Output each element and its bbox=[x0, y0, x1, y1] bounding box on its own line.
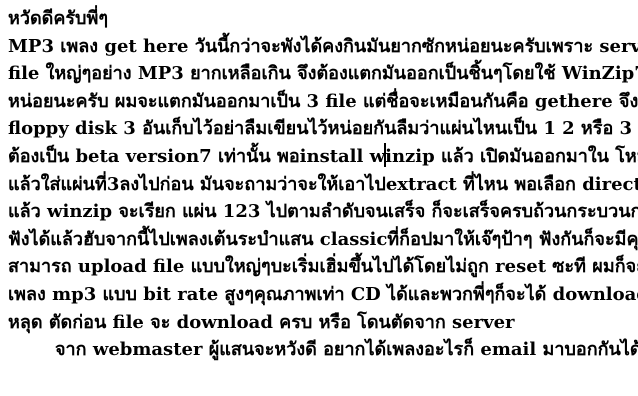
text-line: แล้ว winzip จะเรียก แผ่น 123 ไปตามลำดับจ… bbox=[8, 198, 636, 226]
text-line: floppy disk 3 อันเก็บไว้อย่าลืมเขียนไว้ห… bbox=[8, 115, 636, 143]
text-line-greeting: หวัดดีครับพี่ๆ bbox=[8, 5, 636, 33]
text-line: สามารถ upload file แบบใหญ่ๆบะเริ่มเฮิ่มข… bbox=[8, 253, 636, 281]
text-line-signature: จาก webmaster ผู้แสนจะหวังดี อยากได้เพลง… bbox=[8, 336, 636, 364]
text-before-cursor: ต้องเป็น beta version7 เท่านั้น พอinstal… bbox=[8, 146, 385, 167]
text-line: ฟังได้แล้วฮับจากนี้ไปเพลงเต้นระบำแสน cla… bbox=[8, 226, 636, 254]
text-line: หลุด ตัดก่อน file จะ download ครบ หรือ โ… bbox=[8, 309, 636, 337]
text-line-with-cursor: ต้องเป็น beta version7 เท่านั้น พอinstal… bbox=[8, 143, 636, 171]
text-line: แล้วใส่แผ่นที่3ลงไปก่อน มันจะถามว่าจะให้… bbox=[8, 171, 636, 199]
text-line: เพลง mp3 แบบ bit rate สูงๆคุณภาพเท่า CD … bbox=[8, 281, 636, 309]
document-page[interactable]: หวัดดีครับพี่ๆ MP3 เพลง get here วันนี้ก… bbox=[0, 0, 638, 396]
text-line: หน่อยนะครับ ผมจะแตกมันออกมาเป็น 3 file แ… bbox=[8, 88, 636, 116]
text-line: MP3 เพลง get here วันนี้กว่าจะพังได้คงกิ… bbox=[8, 33, 636, 61]
text-after-cursor: inzip แล้ว เปิดมันออกมาใน โหมด classic ก… bbox=[385, 146, 638, 167]
text-line: file ใหญ่ๆอย่าง MP3 ยากเหลือเกิน จึงต้อง… bbox=[8, 60, 636, 88]
